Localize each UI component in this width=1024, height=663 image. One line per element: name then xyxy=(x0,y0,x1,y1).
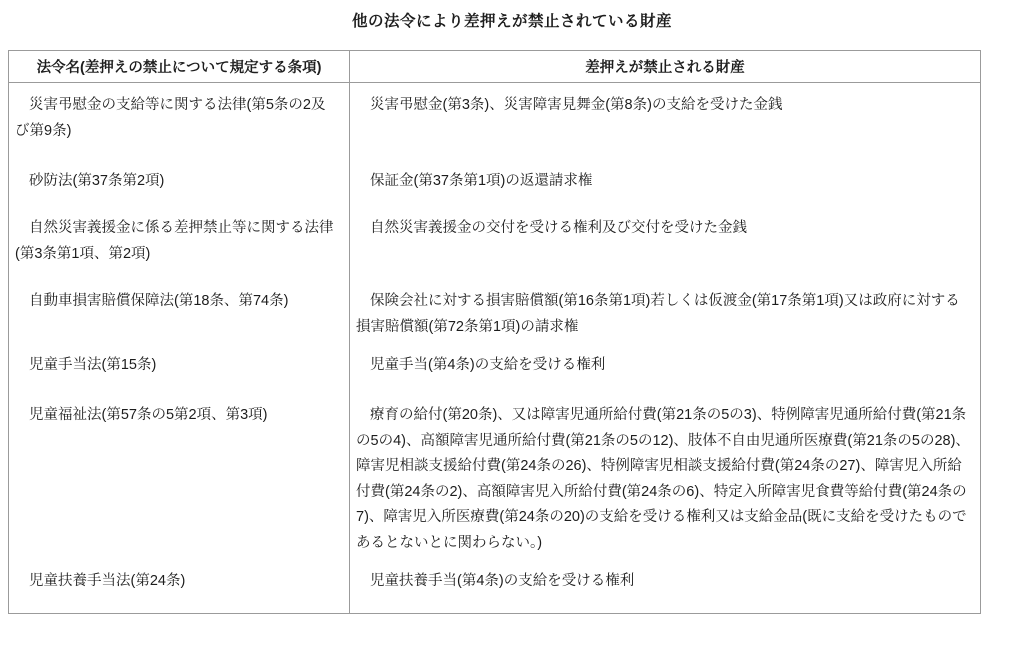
property-cell: 保証金(第37条第1項)の返還請求権 xyxy=(349,159,980,206)
law-text: 自然災害義援金に係る差押禁止等に関する法律(第3条第1項、第2項) xyxy=(15,216,339,267)
property-cell: 保険会社に対する損害賠償額(第16条第1項)若しくは仮渡金(第17条第1項)又は… xyxy=(349,279,980,343)
law-cell: 自動車損害賠償保障法(第18条、第74条) xyxy=(9,279,349,343)
seizure-prohibited-property-table: 法令名(差押えの禁止について規定する条項) 差押えが禁止される財産 災害弔慰金の… xyxy=(8,50,981,614)
property-text: 児童扶養手当(第4条)の支給を受ける権利 xyxy=(356,569,970,595)
table-row: 児童扶養手当法(第24条) 児童扶養手当(第4条)の支給を受ける権利 xyxy=(9,559,980,613)
table-row: 災害弔慰金の支給等に関する法律(第5条の2及び第9条) 災害弔慰金(第3条)、災… xyxy=(9,83,980,159)
property-text: 療育の給付(第20条)、又は障害児通所給付費(第21条の5の3)、特例障害児通所… xyxy=(356,403,970,556)
table-row: 自動車損害賠償保障法(第18条、第74条) 保険会社に対する損害賠償額(第16条… xyxy=(9,279,980,343)
property-cell: 療育の給付(第20条)、又は障害児通所給付費(第21条の5の3)、特例障害児通所… xyxy=(349,393,980,559)
table-row: 児童福祉法(第57条の5第2項、第3項) 療育の給付(第20条)、又は障害児通所… xyxy=(9,393,980,559)
property-text: 災害弔慰金(第3条)、災害障害見舞金(第8条)の支給を受けた金銭 xyxy=(356,93,970,119)
property-cell: 自然災害義援金の交付を受ける権利及び交付を受けた金銭 xyxy=(349,206,980,279)
law-text: 砂防法(第37条第2項) xyxy=(15,169,339,195)
law-text: 児童手当法(第15条) xyxy=(15,353,339,379)
law-text: 児童扶養手当法(第24条) xyxy=(15,569,339,595)
table-header-row: 法令名(差押えの禁止について規定する条項) 差押えが禁止される財産 xyxy=(9,51,980,83)
law-cell: 児童手当法(第15条) xyxy=(9,343,349,393)
law-text: 災害弔慰金の支給等に関する法律(第5条の2及び第9条) xyxy=(15,93,339,144)
page-title: 他の法令により差押えが禁止されている財産 xyxy=(0,0,1024,31)
law-text: 児童福祉法(第57条の5第2項、第3項) xyxy=(15,403,339,429)
property-text: 保証金(第37条第1項)の返還請求権 xyxy=(356,169,970,195)
property-cell: 災害弔慰金(第3条)、災害障害見舞金(第8条)の支給を受けた金銭 xyxy=(349,83,980,159)
law-cell: 災害弔慰金の支給等に関する法律(第5条の2及び第9条) xyxy=(9,83,349,159)
scan-speck xyxy=(577,16,581,18)
property-cell: 児童扶養手当(第4条)の支給を受ける権利 xyxy=(349,559,980,613)
table-row: 児童手当法(第15条) 児童手当(第4条)の支給を受ける権利 xyxy=(9,343,980,393)
property-text: 保険会社に対する損害賠償額(第16条第1項)若しくは仮渡金(第17条第1項)又は… xyxy=(356,289,970,340)
property-cell: 児童手当(第4条)の支給を受ける権利 xyxy=(349,343,980,393)
law-cell: 児童福祉法(第57条の5第2項、第3項) xyxy=(9,393,349,559)
law-text: 自動車損害賠償保障法(第18条、第74条) xyxy=(15,289,339,315)
property-text: 児童手当(第4条)の支給を受ける権利 xyxy=(356,353,970,379)
table-row: 自然災害義援金に係る差押禁止等に関する法律(第3条第1項、第2項) 自然災害義援… xyxy=(9,206,980,279)
table-row: 砂防法(第37条第2項) 保証金(第37条第1項)の返還請求権 xyxy=(9,159,980,206)
col-header-property: 差押えが禁止される財産 xyxy=(349,51,980,82)
law-cell: 砂防法(第37条第2項) xyxy=(9,159,349,206)
property-text: 自然災害義援金の交付を受ける権利及び交付を受けた金銭 xyxy=(356,216,970,242)
law-cell: 児童扶養手当法(第24条) xyxy=(9,559,349,613)
col-header-law: 法令名(差押えの禁止について規定する条項) xyxy=(9,51,349,82)
law-cell: 自然災害義援金に係る差押禁止等に関する法律(第3条第1項、第2項) xyxy=(9,206,349,279)
